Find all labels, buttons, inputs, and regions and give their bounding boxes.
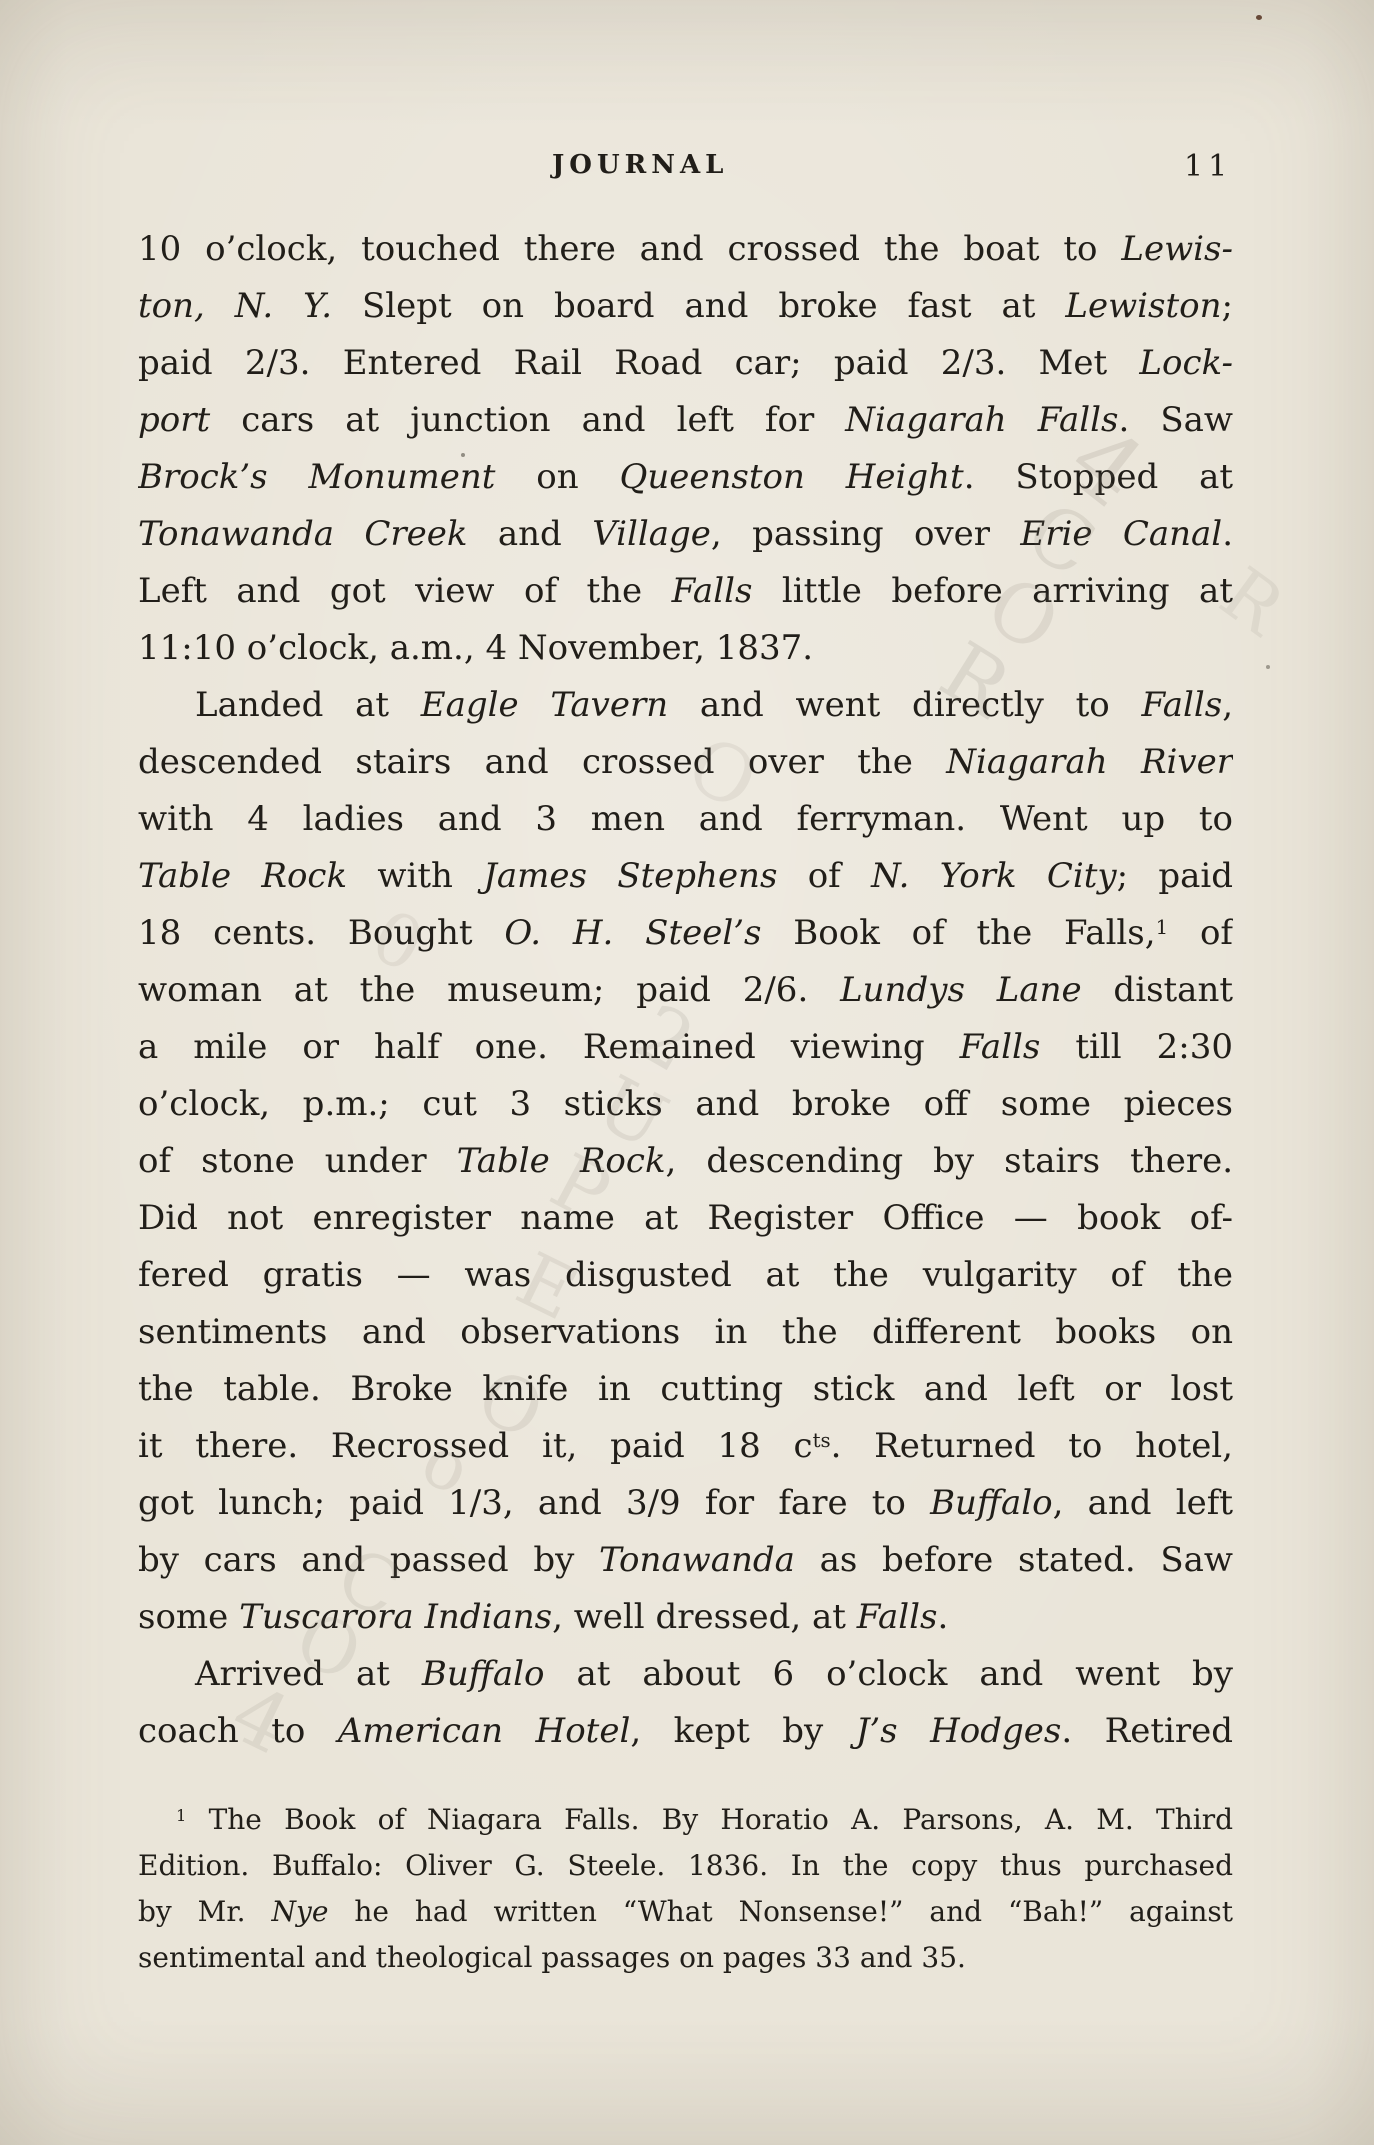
- text-line: woman at the museum; paid 2/6. Lundys La…: [138, 962, 1233, 1019]
- text-line: got lunch; paid 1/3, and 3/9 for fare to…: [138, 1475, 1233, 1532]
- text-run: ,: [1222, 685, 1233, 725]
- page-number: 11: [1184, 149, 1232, 184]
- text-run: , passing over: [711, 514, 1020, 554]
- footnote: 1 The Book of Niagara Falls. By Horatio …: [138, 1797, 1233, 1981]
- text-line: 18 cents. Bought O. H. Steel’s Book of t…: [138, 905, 1233, 962]
- text-line: Did not enregister name at Register Offi…: [138, 1190, 1233, 1247]
- italic-text: Falls: [1141, 685, 1222, 725]
- running-head-title: JOURNAL: [552, 150, 728, 180]
- text-run: . Saw: [1118, 400, 1233, 440]
- text-run: Left and got view of the: [138, 571, 672, 611]
- superscript: ts: [813, 1429, 831, 1452]
- text-line: 10 o’clock, touched there and crossed th…: [138, 221, 1233, 278]
- italic-text: Buffalo: [422, 1654, 545, 1694]
- text-line: fered gratis — was disgusted at the vulg…: [138, 1247, 1233, 1304]
- text-line: o’clock, p.m.; cut 3 sticks and broke of…: [138, 1076, 1233, 1133]
- italic-text: Lundys Lane: [840, 970, 1082, 1010]
- footnote-line: 1 The Book of Niagara Falls. By Horatio …: [138, 1797, 1233, 1843]
- text-line: a mile or half one. Remained viewing Fal…: [138, 1019, 1233, 1076]
- italic-text: Buffalo: [930, 1483, 1053, 1523]
- text-run: of: [777, 856, 871, 896]
- text-line: paid 2/3. Entered Rail Road car; paid 2/…: [138, 335, 1233, 392]
- text-line: it there. Recrossed it, paid 18 cts. Ret…: [138, 1418, 1233, 1475]
- italic-text: Tonawanda Creek: [138, 514, 467, 554]
- text-line: Left and got view of the Falls little be…: [138, 563, 1233, 620]
- text-run: The Book of Niagara Falls. By Horatio A.…: [186, 1803, 1233, 1836]
- text-run: Arrived at: [195, 1654, 422, 1694]
- book-page-scan: JOURNAL 11 10 o’clock, touched there and…: [0, 0, 1374, 2145]
- italic-text: American Hotel: [338, 1711, 631, 1751]
- italic-text: Tonawanda: [599, 1540, 795, 1580]
- italic-text: Village: [592, 514, 711, 554]
- text-line: coach to American Hotel, kept by J’s Hod…: [138, 1703, 1233, 1760]
- text-run: . Stopped at: [964, 457, 1233, 497]
- text-run: woman at the museum; paid 2/6.: [138, 970, 840, 1010]
- text-run: little before arriving at: [752, 571, 1233, 611]
- text-run: of stone under: [138, 1141, 457, 1181]
- italic-text: Erie Canal: [1020, 514, 1222, 554]
- text-line: with 4 ladies and 3 men and ferryman. We…: [138, 791, 1233, 848]
- superscript: 1: [1156, 916, 1169, 939]
- text-line: 11:10 o’clock, a.m., 4 November, 1837.: [138, 620, 1233, 677]
- text-run: sentimental and theological passages on …: [138, 1941, 966, 1974]
- body-text: 10 o’clock, touched there and crossed th…: [138, 221, 1233, 1760]
- text-run: with: [347, 856, 483, 896]
- text-run: and: [467, 514, 592, 554]
- text-run: paid 2/3. Entered Rail Road car; paid 2/…: [138, 343, 1139, 383]
- text-run: , kept by: [630, 1711, 855, 1751]
- text-run: Did not enregister name at Register Offi…: [138, 1198, 1233, 1238]
- italic-text: Lock-: [1139, 343, 1233, 383]
- text-run: and went directly to: [668, 685, 1141, 725]
- italic-text: port: [138, 400, 210, 440]
- text-run: Book of the Falls,: [761, 913, 1155, 953]
- italic-text: O. H. Steel’s: [504, 913, 761, 953]
- text-line: sentiments and observations in the diffe…: [138, 1304, 1233, 1361]
- text-line: ton, N. Y. Slept on board and broke fast…: [138, 278, 1233, 335]
- text-run: got lunch; paid 1/3, and 3/9 for fare to: [138, 1483, 930, 1523]
- text-run: of: [1168, 913, 1233, 953]
- text-run: . Returned to hotel,: [831, 1426, 1233, 1466]
- superscript: 1: [176, 1806, 186, 1825]
- text-run: 10 o’clock, touched there and crossed th…: [138, 229, 1121, 269]
- text-line: some Tuscarora Indians, well dressed, at…: [138, 1589, 1233, 1646]
- text-line: the table. Broke knife in cutting stick …: [138, 1361, 1233, 1418]
- text-run: it there. Recrossed it, paid 18 c: [138, 1426, 813, 1466]
- text-run: ; paid: [1117, 856, 1233, 896]
- italic-text: Tuscarora Indians: [239, 1597, 552, 1637]
- text-run: descended stairs and crossed over the: [138, 742, 946, 782]
- text-line: Brock’s Monument on Queenston Height. St…: [138, 449, 1233, 506]
- italic-text: Eagle Tavern: [421, 685, 668, 725]
- text-run: . Retired: [1061, 1711, 1233, 1751]
- italic-text: J’s Hodges: [856, 1711, 1062, 1751]
- text-line: by cars and passed by Tonawanda as befor…: [138, 1532, 1233, 1589]
- italic-text: Nye: [272, 1895, 329, 1928]
- text-run: , descending by stairs there.: [666, 1141, 1233, 1181]
- italic-text: Table Rock: [138, 856, 347, 896]
- italic-text: Falls: [960, 1027, 1041, 1067]
- italic-text: Brock’s Monument: [138, 457, 495, 497]
- text-run: distant: [1082, 970, 1233, 1010]
- paper-speck: [1266, 665, 1270, 669]
- italic-text: Lewiston: [1065, 286, 1221, 326]
- text-run: .: [1222, 514, 1233, 554]
- text-line: Tonawanda Creek and Village, passing ove…: [138, 506, 1233, 563]
- text-run: Slept on board and broke fast at: [332, 286, 1065, 326]
- text-line: of stone under Table Rock, descending by…: [138, 1133, 1233, 1190]
- italic-text: Falls: [857, 1597, 938, 1637]
- italic-text: N. York City: [871, 856, 1117, 896]
- text-line: Table Rock with James Stephens of N. Yor…: [138, 848, 1233, 905]
- text-run: he had written “What Nonsense!” and “Bah…: [328, 1895, 1233, 1928]
- footnote-line: by Mr. Nye he had written “What Nonsense…: [138, 1889, 1233, 1935]
- text-run: , and left: [1053, 1483, 1233, 1523]
- footnote-line: Edition. Buffalo: Oliver G. Steele. 1836…: [138, 1843, 1233, 1889]
- italic-text: Queenston Height: [620, 457, 964, 497]
- italic-text: James Stephens: [483, 856, 777, 896]
- text-run: the table. Broke knife in cutting stick …: [138, 1369, 1233, 1409]
- text-run: 11:10 o’clock, a.m., 4 November, 1837.: [138, 628, 813, 668]
- text-run: fered gratis — was disgusted at the vulg…: [138, 1255, 1233, 1295]
- paper-speck: [1256, 15, 1262, 20]
- italic-text: Niagarah River: [946, 742, 1233, 782]
- text-line: port cars at junction and left for Niaga…: [138, 392, 1233, 449]
- text-run: till 2:30: [1040, 1027, 1233, 1067]
- text-run: 18 cents. Bought: [138, 913, 504, 953]
- italic-text: Falls: [672, 571, 753, 611]
- italic-text: Table Rock: [457, 1141, 666, 1181]
- text-line: Landed at Eagle Tavern and went directly…: [138, 677, 1233, 734]
- text-line: Arrived at Buffalo at about 6 o’clock an…: [138, 1646, 1233, 1703]
- text-run: some: [138, 1597, 239, 1637]
- text-run: o’clock, p.m.; cut 3 sticks and broke of…: [138, 1084, 1233, 1124]
- text-run: cars at junction and left for: [210, 400, 845, 440]
- text-run: sentiments and observations in the diffe…: [138, 1312, 1233, 1352]
- text-run: .: [938, 1597, 949, 1637]
- text-run: Landed at: [195, 685, 421, 725]
- italic-text: Niagarah Falls: [845, 400, 1118, 440]
- italic-text: Lewis-: [1121, 229, 1233, 269]
- text-run: ;: [1222, 286, 1233, 326]
- text-run: a mile or half one. Remained viewing: [138, 1027, 960, 1067]
- text-run: as before stated. Saw: [795, 1540, 1233, 1580]
- text-run: , well dressed, at: [552, 1597, 857, 1637]
- text-run: Edition. Buffalo: Oliver G. Steele. 1836…: [138, 1849, 1233, 1882]
- text-run: coach to: [138, 1711, 338, 1751]
- text-run: by Mr.: [138, 1895, 272, 1928]
- italic-text: ton, N. Y.: [138, 286, 332, 326]
- text-run: at about 6 o’clock and went by: [545, 1654, 1233, 1694]
- text-run: with 4 ladies and 3 men and ferryman. We…: [138, 799, 1233, 839]
- text-line: descended stairs and crossed over the Ni…: [138, 734, 1233, 791]
- text-run: on: [495, 457, 619, 497]
- footnote-line: sentimental and theological passages on …: [138, 1935, 1233, 1981]
- text-run: by cars and passed by: [138, 1540, 599, 1580]
